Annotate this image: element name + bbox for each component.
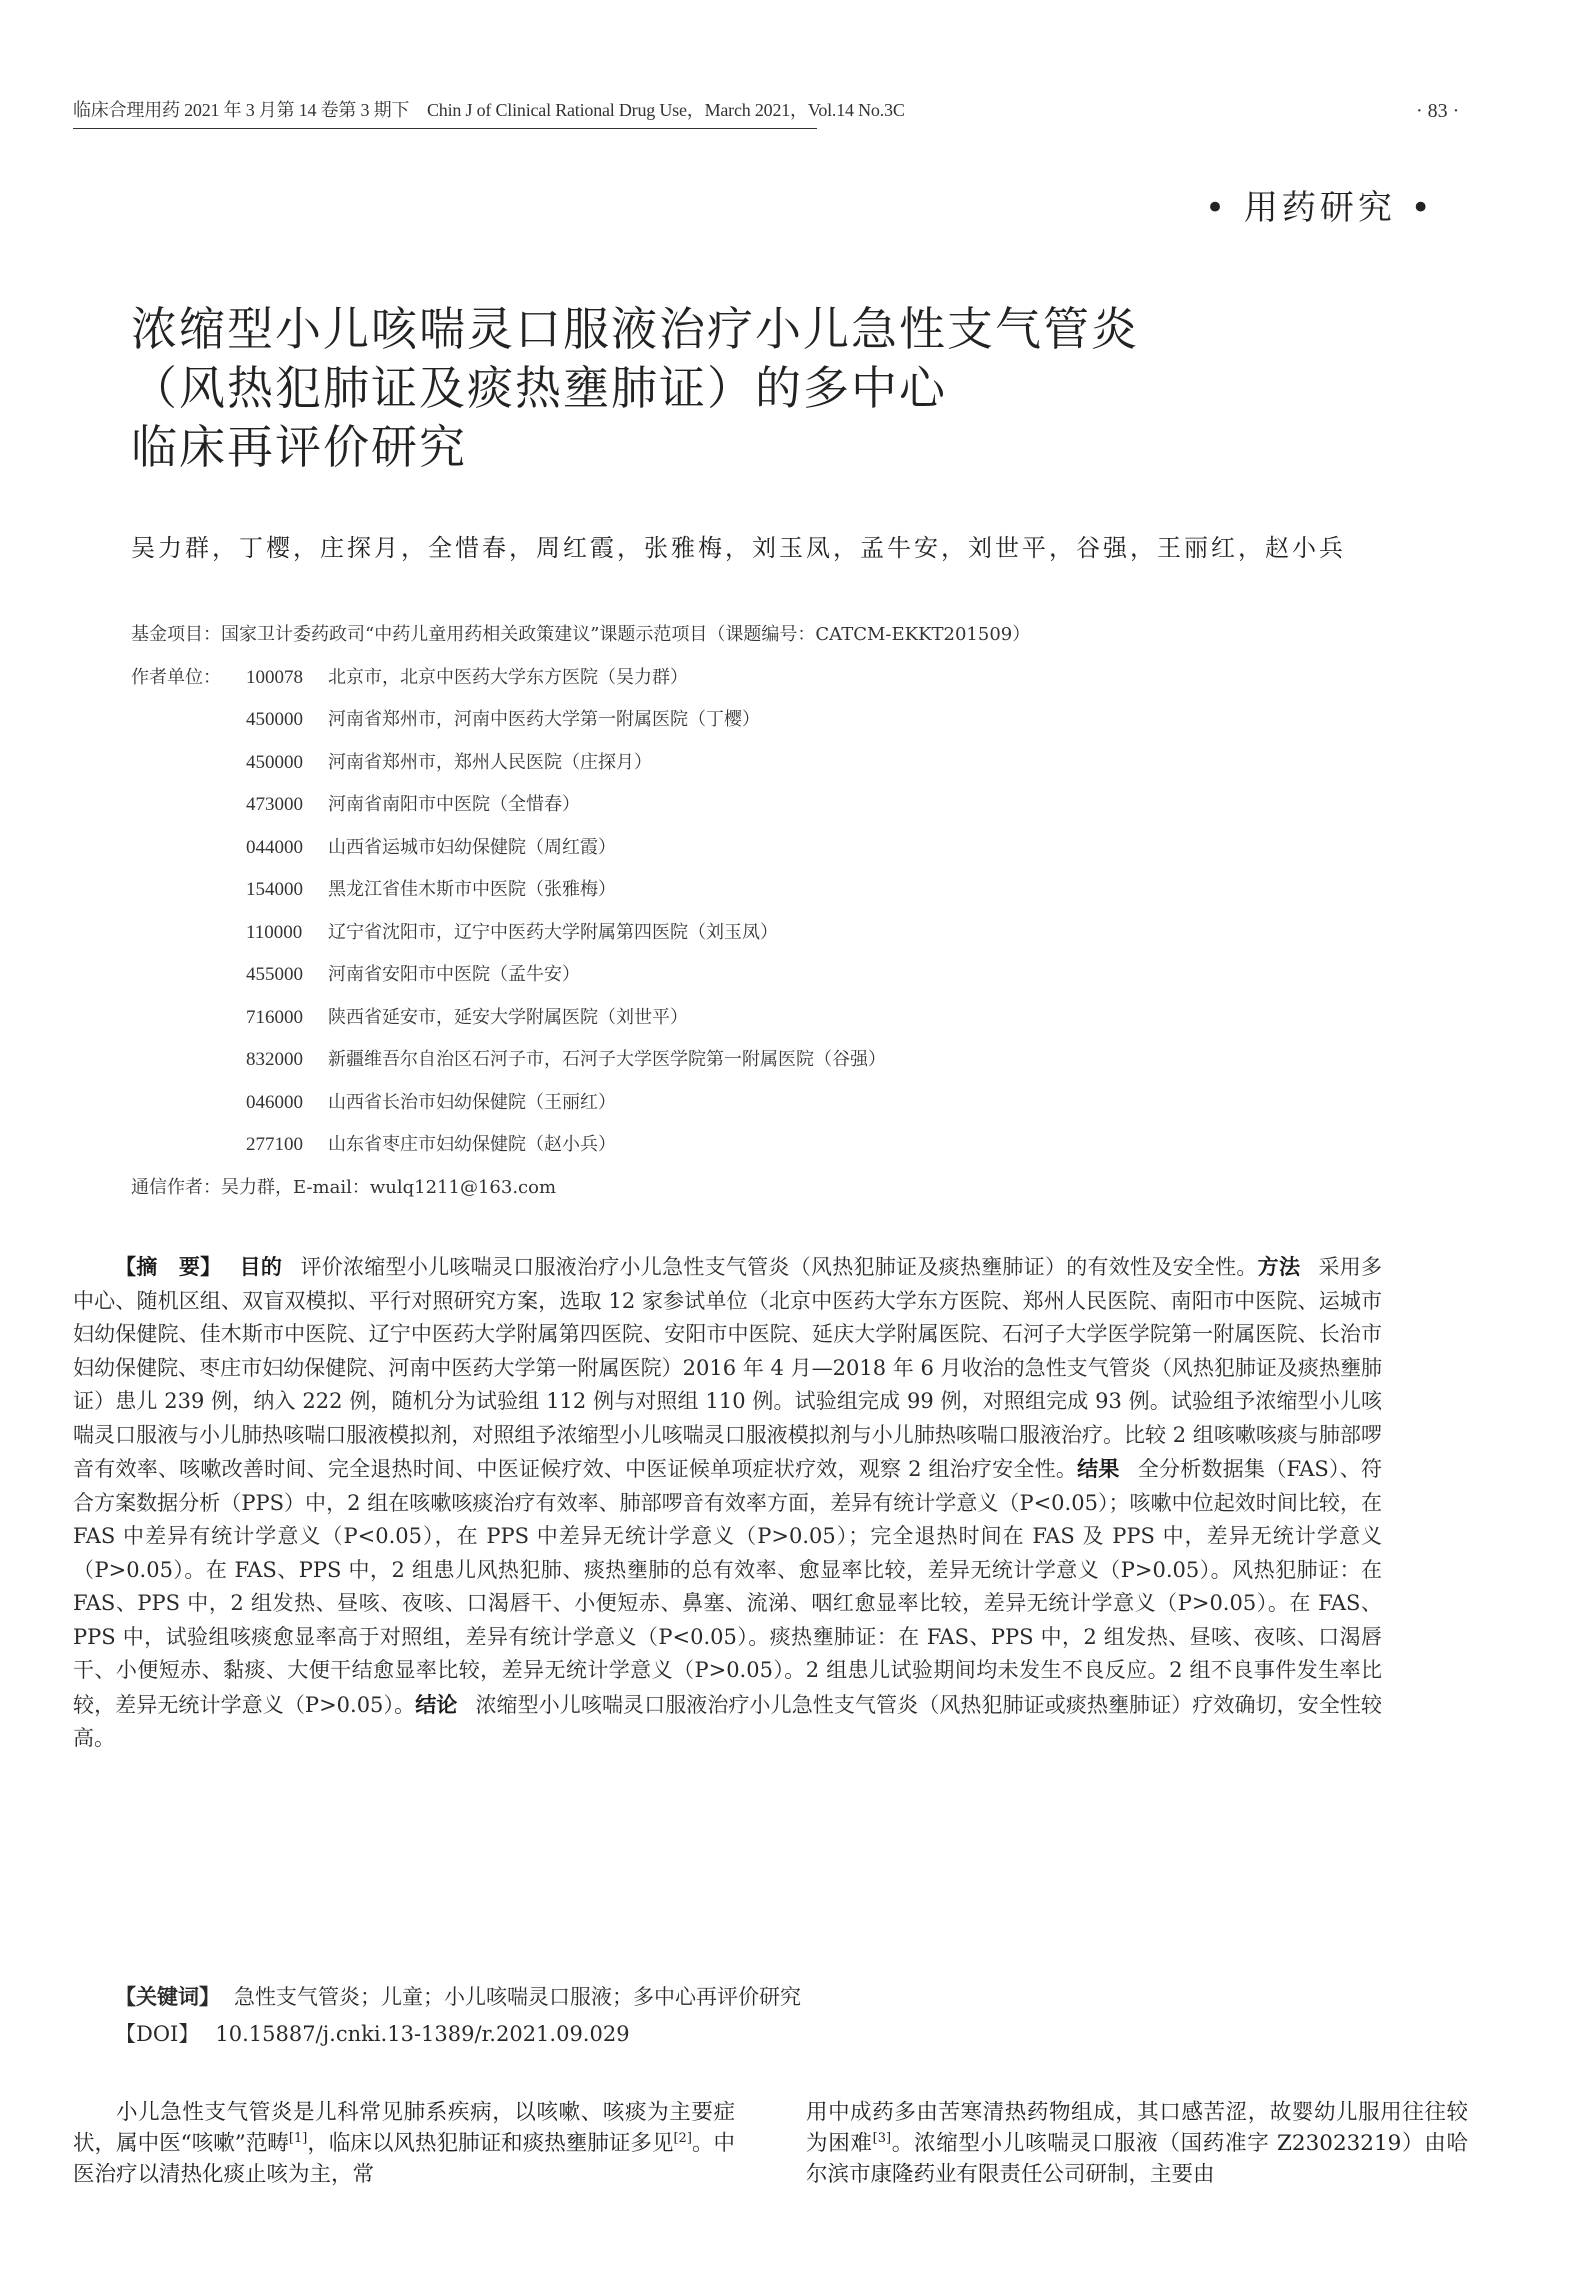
postal-code: 450000 bbox=[246, 699, 328, 742]
correspondence-text: 吴力群，E-mail：wulq1211@163.com bbox=[221, 1177, 556, 1198]
methods-text: 采用多中心、随机区组、双盲双模拟、平行对照研究方案，选取 12 家参试单位（北京… bbox=[73, 1255, 1382, 1481]
section-tag: • 用药研究 • bbox=[1205, 180, 1435, 229]
affiliation-row: 450000河南省郑州市，郑州人民医院（庄探月） bbox=[131, 742, 1030, 785]
title-line: 临床再评价研究 bbox=[131, 418, 1331, 477]
affiliation-row: 110000辽宁省沈阳市，辽宁中医药大学附属第四医院（刘玉凤） bbox=[131, 912, 1030, 955]
affiliation-text: 山东省枣庄市妇幼保健院（赵小兵） bbox=[328, 1134, 616, 1155]
affiliation-text: 河南省郑州市，河南中医药大学第一附属医院（丁樱） bbox=[328, 709, 760, 730]
affiliation-text: 河南省南阳市中医院（全惜春） bbox=[328, 794, 580, 815]
title-line: （风热犯肺证及痰热壅肺证）的多中心 bbox=[131, 359, 1331, 418]
affiliation-row: 455000河南省安阳市中医院（孟牛安） bbox=[131, 954, 1030, 997]
postal-code: 154000 bbox=[246, 869, 328, 912]
body-text: ，临床以风热犯肺证和痰热壅肺证多见 bbox=[307, 2131, 673, 2156]
affiliation-row: 277100山东省枣庄市妇幼保健院（赵小兵） bbox=[131, 1124, 1030, 1167]
affiliation-row: 473000河南省南阳市中医院（全惜春） bbox=[131, 784, 1030, 827]
affiliation-text: 黑龙江省佳木斯市中医院（张雅梅） bbox=[328, 879, 616, 900]
doi-label: 【DOI】 bbox=[115, 2022, 199, 2046]
methods-label: 方法 bbox=[1258, 1254, 1301, 1279]
objective-text: 评价浓缩型小儿咳喘灵口服液治疗小儿急性支气管炎（风热犯肺证及痰热壅肺证）的有效性… bbox=[300, 1255, 1257, 1279]
article-meta: 基金项目：国家卫计委药政司“中药儿童用药相关政策建议”课题示范项目（课题编号：C… bbox=[131, 614, 1030, 1209]
body-column-right: 用中成药多由苦寒清热药物组成，其口感苦涩，故婴幼儿服用往往较为困难[3]。浓缩型… bbox=[806, 2097, 1468, 2190]
body-text: 。浓缩型小儿咳喘灵口服液（国药准字 Z23023219）由哈尔滨市康隆药业有限责… bbox=[806, 2131, 1468, 2187]
affiliation-row: 716000陕西省延安市，延安大学附属医院（刘世平） bbox=[131, 997, 1030, 1040]
affiliation-row: 450000河南省郑州市，河南中医药大学第一附属医院（丁樱） bbox=[131, 699, 1030, 742]
running-head: 临床合理用药 2021 年 3 月第 14 卷第 3 期下 Chin J of … bbox=[73, 96, 817, 129]
affiliation-row: 154000黑龙江省佳木斯市中医院（张雅梅） bbox=[131, 869, 1030, 912]
affiliation-text: 北京市，北京中医药大学东方医院（吴力群） bbox=[328, 667, 688, 688]
postal-code: 277100 bbox=[246, 1124, 328, 1167]
affiliation-row: 046000山西省长治市妇幼保健院（王丽红） bbox=[131, 1082, 1030, 1125]
affiliation-text: 河南省安阳市中医院（孟牛安） bbox=[328, 964, 580, 985]
doi-row: 【DOI】10.15887/j.cnki.13-1389/r.2021.09.0… bbox=[115, 2018, 630, 2051]
page-number: · 83 · bbox=[1416, 100, 1459, 123]
affiliation-row: 044000山西省运城市妇幼保健院（周红霞） bbox=[131, 827, 1030, 870]
postal-code: 450000 bbox=[246, 742, 328, 785]
postal-code: 473000 bbox=[246, 784, 328, 827]
postal-code: 832000 bbox=[246, 1039, 328, 1082]
funding-text: 国家卫计委药政司“中药儿童用药相关政策建议”课题示范项目（课题编号：CATCM-… bbox=[221, 624, 1030, 645]
body-column-left: 小儿急性支气管炎是儿科常见肺系疾病，以咳嗽、咳痰为主要症状，属中医“咳嗽”范畴[… bbox=[73, 2097, 735, 2190]
funding-row: 基金项目：国家卫计委药政司“中药儿童用药相关政策建议”课题示范项目（课题编号：C… bbox=[131, 614, 1030, 657]
affiliation-text: 河南省郑州市，郑州人民医院（庄探月） bbox=[328, 752, 652, 773]
abstract: 【摘 要】目的评价浓缩型小儿咳喘灵口服液治疗小儿急性支气管炎（风热犯肺证及痰热壅… bbox=[73, 1250, 1382, 1756]
keywords-label: 【关键词】 bbox=[115, 1984, 220, 2009]
results-text: 全分析数据集（FAS）、符合方案数据分析（PPS）中，2 组在咳嗽咳痰治疗有效率… bbox=[73, 1457, 1382, 1717]
affiliation-label: 作者单位： bbox=[131, 657, 246, 700]
postal-code: 110000 bbox=[246, 912, 328, 955]
affiliation-row: 832000新疆维吾尔自治区石河子市，石河子大学医学院第一附属医院（谷强） bbox=[131, 1039, 1030, 1082]
affiliation-text: 陕西省延安市，延安大学附属医院（刘世平） bbox=[328, 1007, 688, 1028]
affiliation-text: 新疆维吾尔自治区石河子市，石河子大学医学院第一附属医院（谷强） bbox=[328, 1049, 886, 1070]
conclusion-label: 结论 bbox=[415, 1692, 457, 1717]
postal-code: 044000 bbox=[246, 827, 328, 870]
abstract-label: 【摘 要】 bbox=[115, 1254, 221, 1279]
results-label: 结果 bbox=[1077, 1456, 1119, 1481]
affiliation-text: 山西省长治市妇幼保健院（王丽红） bbox=[328, 1092, 616, 1113]
affiliation-text: 辽宁省沈阳市，辽宁中医药大学附属第四医院（刘玉凤） bbox=[328, 922, 778, 943]
citation-ref[interactable]: [2] bbox=[673, 2131, 691, 2146]
postal-code: 100078 bbox=[246, 657, 328, 700]
postal-code: 455000 bbox=[246, 954, 328, 997]
objective-label: 目的 bbox=[239, 1254, 282, 1279]
keywords-row: 【关键词】急性支气管炎；儿童；小儿咳喘灵口服液；多中心再评价研究 bbox=[115, 1980, 801, 2014]
affiliation-row: 作者单位：100078北京市，北京中医药大学东方医院（吴力群） bbox=[131, 657, 1030, 700]
postal-code: 046000 bbox=[246, 1082, 328, 1125]
citation-ref[interactable]: [1] bbox=[289, 2131, 307, 2146]
article-title: 浓缩型小儿咳喘灵口服液治疗小儿急性支气管炎 （风热犯肺证及痰热壅肺证）的多中心 … bbox=[131, 300, 1331, 477]
funding-label: 基金项目： bbox=[131, 624, 221, 645]
citation-ref[interactable]: [3] bbox=[873, 2131, 891, 2146]
correspondence-row: 通信作者：吴力群，E-mail：wulq1211@163.com bbox=[131, 1167, 1030, 1210]
postal-code: 716000 bbox=[246, 997, 328, 1040]
correspondence-label: 通信作者： bbox=[131, 1177, 221, 1198]
title-line: 浓缩型小儿咳喘灵口服液治疗小儿急性支气管炎 bbox=[131, 300, 1331, 359]
author-list: 吴力群，丁樱，庄探月，全惜春，周红霞，张雅梅，刘玉凤，孟牛安，刘世平，谷强，王丽… bbox=[131, 528, 1346, 563]
doi-text: 10.15887/j.cnki.13-1389/r.2021.09.029 bbox=[215, 2022, 629, 2046]
affiliation-text: 山西省运城市妇幼保健院（周红霞） bbox=[328, 837, 616, 858]
keywords-text: 急性支气管炎；儿童；小儿咳喘灵口服液；多中心再评价研究 bbox=[234, 1985, 801, 2009]
